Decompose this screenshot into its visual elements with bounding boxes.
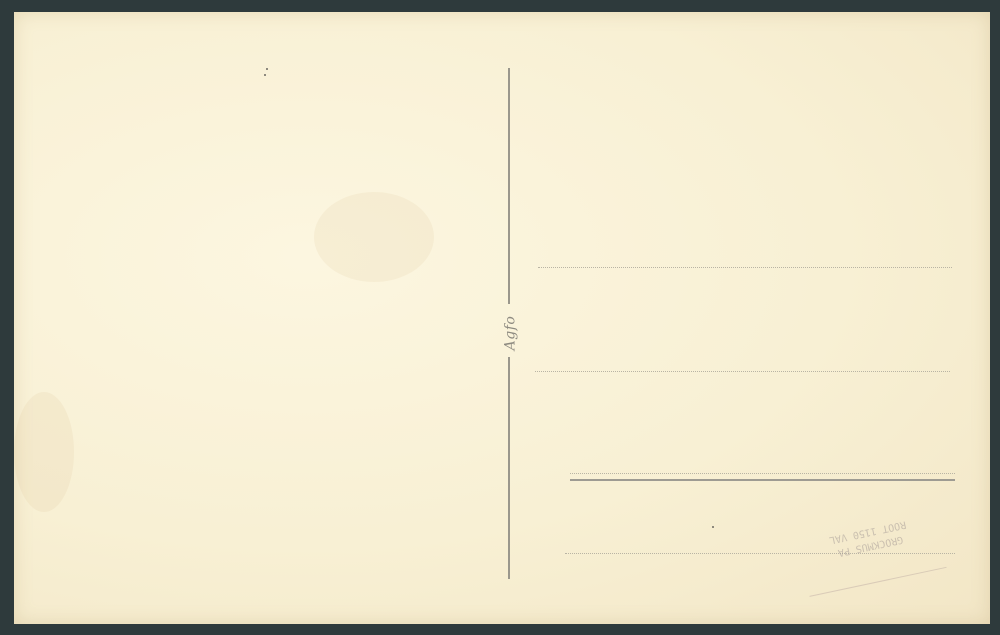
- paper-stain: [14, 392, 74, 512]
- address-line-3: [570, 473, 955, 474]
- brand-mark: Agfo: [492, 308, 528, 358]
- address-line-3-underline: [570, 479, 955, 481]
- address-line-2: [535, 371, 950, 372]
- paper-stain: [314, 192, 434, 282]
- brand-text: Agfo: [502, 316, 518, 351]
- paper-speck: [712, 526, 714, 528]
- faded-stamp: ROOT 1150 VAL GROCKMUS PA: [797, 510, 946, 597]
- paper-speck: [264, 74, 266, 76]
- address-line-1: [538, 267, 952, 268]
- postcard-back: Agfo ROOT 1150 VAL GROCKMUS PA: [14, 12, 990, 624]
- paper-speck: [266, 68, 268, 70]
- center-divider-top: [508, 68, 510, 304]
- center-divider-bottom: [508, 357, 510, 579]
